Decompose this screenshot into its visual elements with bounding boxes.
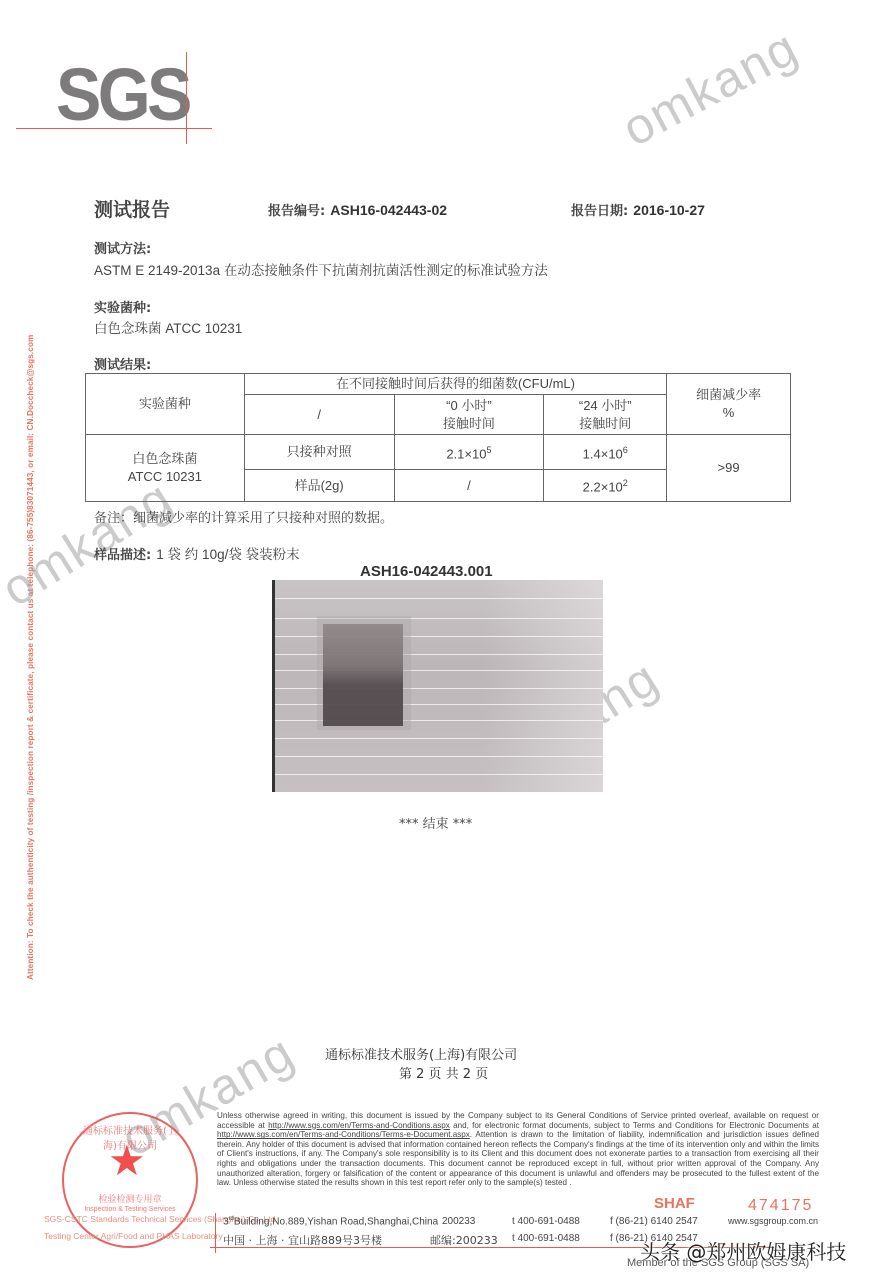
cell-24h: 1.4×106 [544,435,667,470]
logo-divider-horizontal [16,128,212,129]
footer-company: 通标标准技术服务(上海)有限公司 [325,1044,517,1063]
header-blank: / [244,395,394,435]
photo-caption: ASH16-042443.001 [360,563,493,580]
sample-bag [323,624,403,726]
method-label: 测试方法: [94,238,151,257]
zip-en: 200233 [442,1216,475,1227]
lab-name-line2: Testing Center Agri/Food and PHAS Labora… [44,1231,223,1241]
logo-divider-vertical [186,52,187,144]
report-number-value: ASH16-042443-02 [330,202,447,218]
strain-cell: 白色念珠菌 ATCC 10231 [86,435,245,502]
row-label: 只接种对照 [244,435,394,470]
strain-value: 白色念珠菌 ATCC 10231 [94,317,242,337]
cell-0h: 2.1×105 [394,435,544,470]
fax: f (86-21) 6140 2547 [610,1216,698,1227]
results-label: 测试结果: [94,354,151,373]
website: www.sgsgroup.com.cn [728,1216,818,1226]
row-label: 样品(2g) [244,470,394,502]
header-0h: “0 小时” 接触时间 [394,395,544,435]
report-number-label: 报告编号: [268,204,325,219]
address-en: 3rdBuilding,No.889,Yishan Road,Shanghai,… [223,1216,438,1227]
sample-description: 样品描述: 1 袋 约 10g/袋 袋装粉末 [94,543,300,563]
results-table: 实验菌种 在不同接触时间后获得的细菌数(CFU/mL) 细菌减少率 % / “0… [85,373,791,502]
strain-label: 实验菌种: [94,297,151,316]
header-24h: “24 小时” 接触时间 [544,395,667,435]
legal-disclaimer: Unless otherwise agreed in writing, this… [217,1111,819,1188]
header-reduction: 细菌减少率 % [667,374,791,435]
sample-photo [272,580,603,792]
terms-link[interactable]: http://www.sgs.com/en/Terms-and-Conditio… [268,1121,450,1130]
reduction-value: >99 [667,435,791,502]
report-title: 测试报告 [94,195,170,222]
e-document-terms-link[interactable]: http://www.sgs.com/en/Terms-and-Conditio… [217,1130,470,1139]
telephone-cn: t 400-691-0488 [512,1233,580,1244]
header-cfu-group: 在不同接触时间后获得的细菌数(CFU/mL) [244,374,666,395]
sample-label: 样品描述: [94,548,151,563]
page-indicator: 第 2 页 共 2 页 [399,1063,488,1082]
office-code: SHAF [654,1195,695,1212]
results-note: 备注：细菌减少率的计算采用了只接种对照的数据。 [94,507,393,526]
company-seal: 通标标准技术服务(上海)有限公司 ★ 检验检测专用章 Inspection & … [62,1112,198,1248]
watermark: omkang [613,18,808,158]
address-cn: 中国 · 上海 · 宜山路889号3号楼 [223,1232,382,1248]
authenticity-side-note: Attention: To check the authenticity of … [26,335,35,980]
report-number: 报告编号: ASH16-042443-02 [268,200,447,219]
star-icon: ★ [108,1140,146,1182]
report-date-label: 报告日期: [571,204,628,219]
zip-cn: 邮编:200233 [430,1232,498,1248]
overlay-caption: 头条 @郑州欧姆康科技 [640,1236,846,1265]
report-date: 报告日期: 2016-10-27 [571,200,705,219]
sgs-logo: SGS [56,58,189,132]
method-value: ASTM E 2149-2013a 在动态接触条件下抗菌剂抗菌活性测定的标准试验… [94,259,548,279]
report-date-value: 2016-10-27 [633,202,705,218]
header-strain: 实验菌种 [86,374,245,435]
sample-value: 1 袋 约 10g/袋 袋装粉末 [156,547,299,562]
serial-number: 474175 [748,1197,813,1215]
end-mark: *** 结束 *** [399,813,472,832]
telephone: t 400-691-0488 [512,1216,580,1227]
table-row: 白色念珠菌 ATCC 10231 只接种对照 2.1×105 1.4×106 >… [86,435,791,470]
cell-0h: / [394,470,544,502]
cell-24h: 2.2×102 [544,470,667,502]
